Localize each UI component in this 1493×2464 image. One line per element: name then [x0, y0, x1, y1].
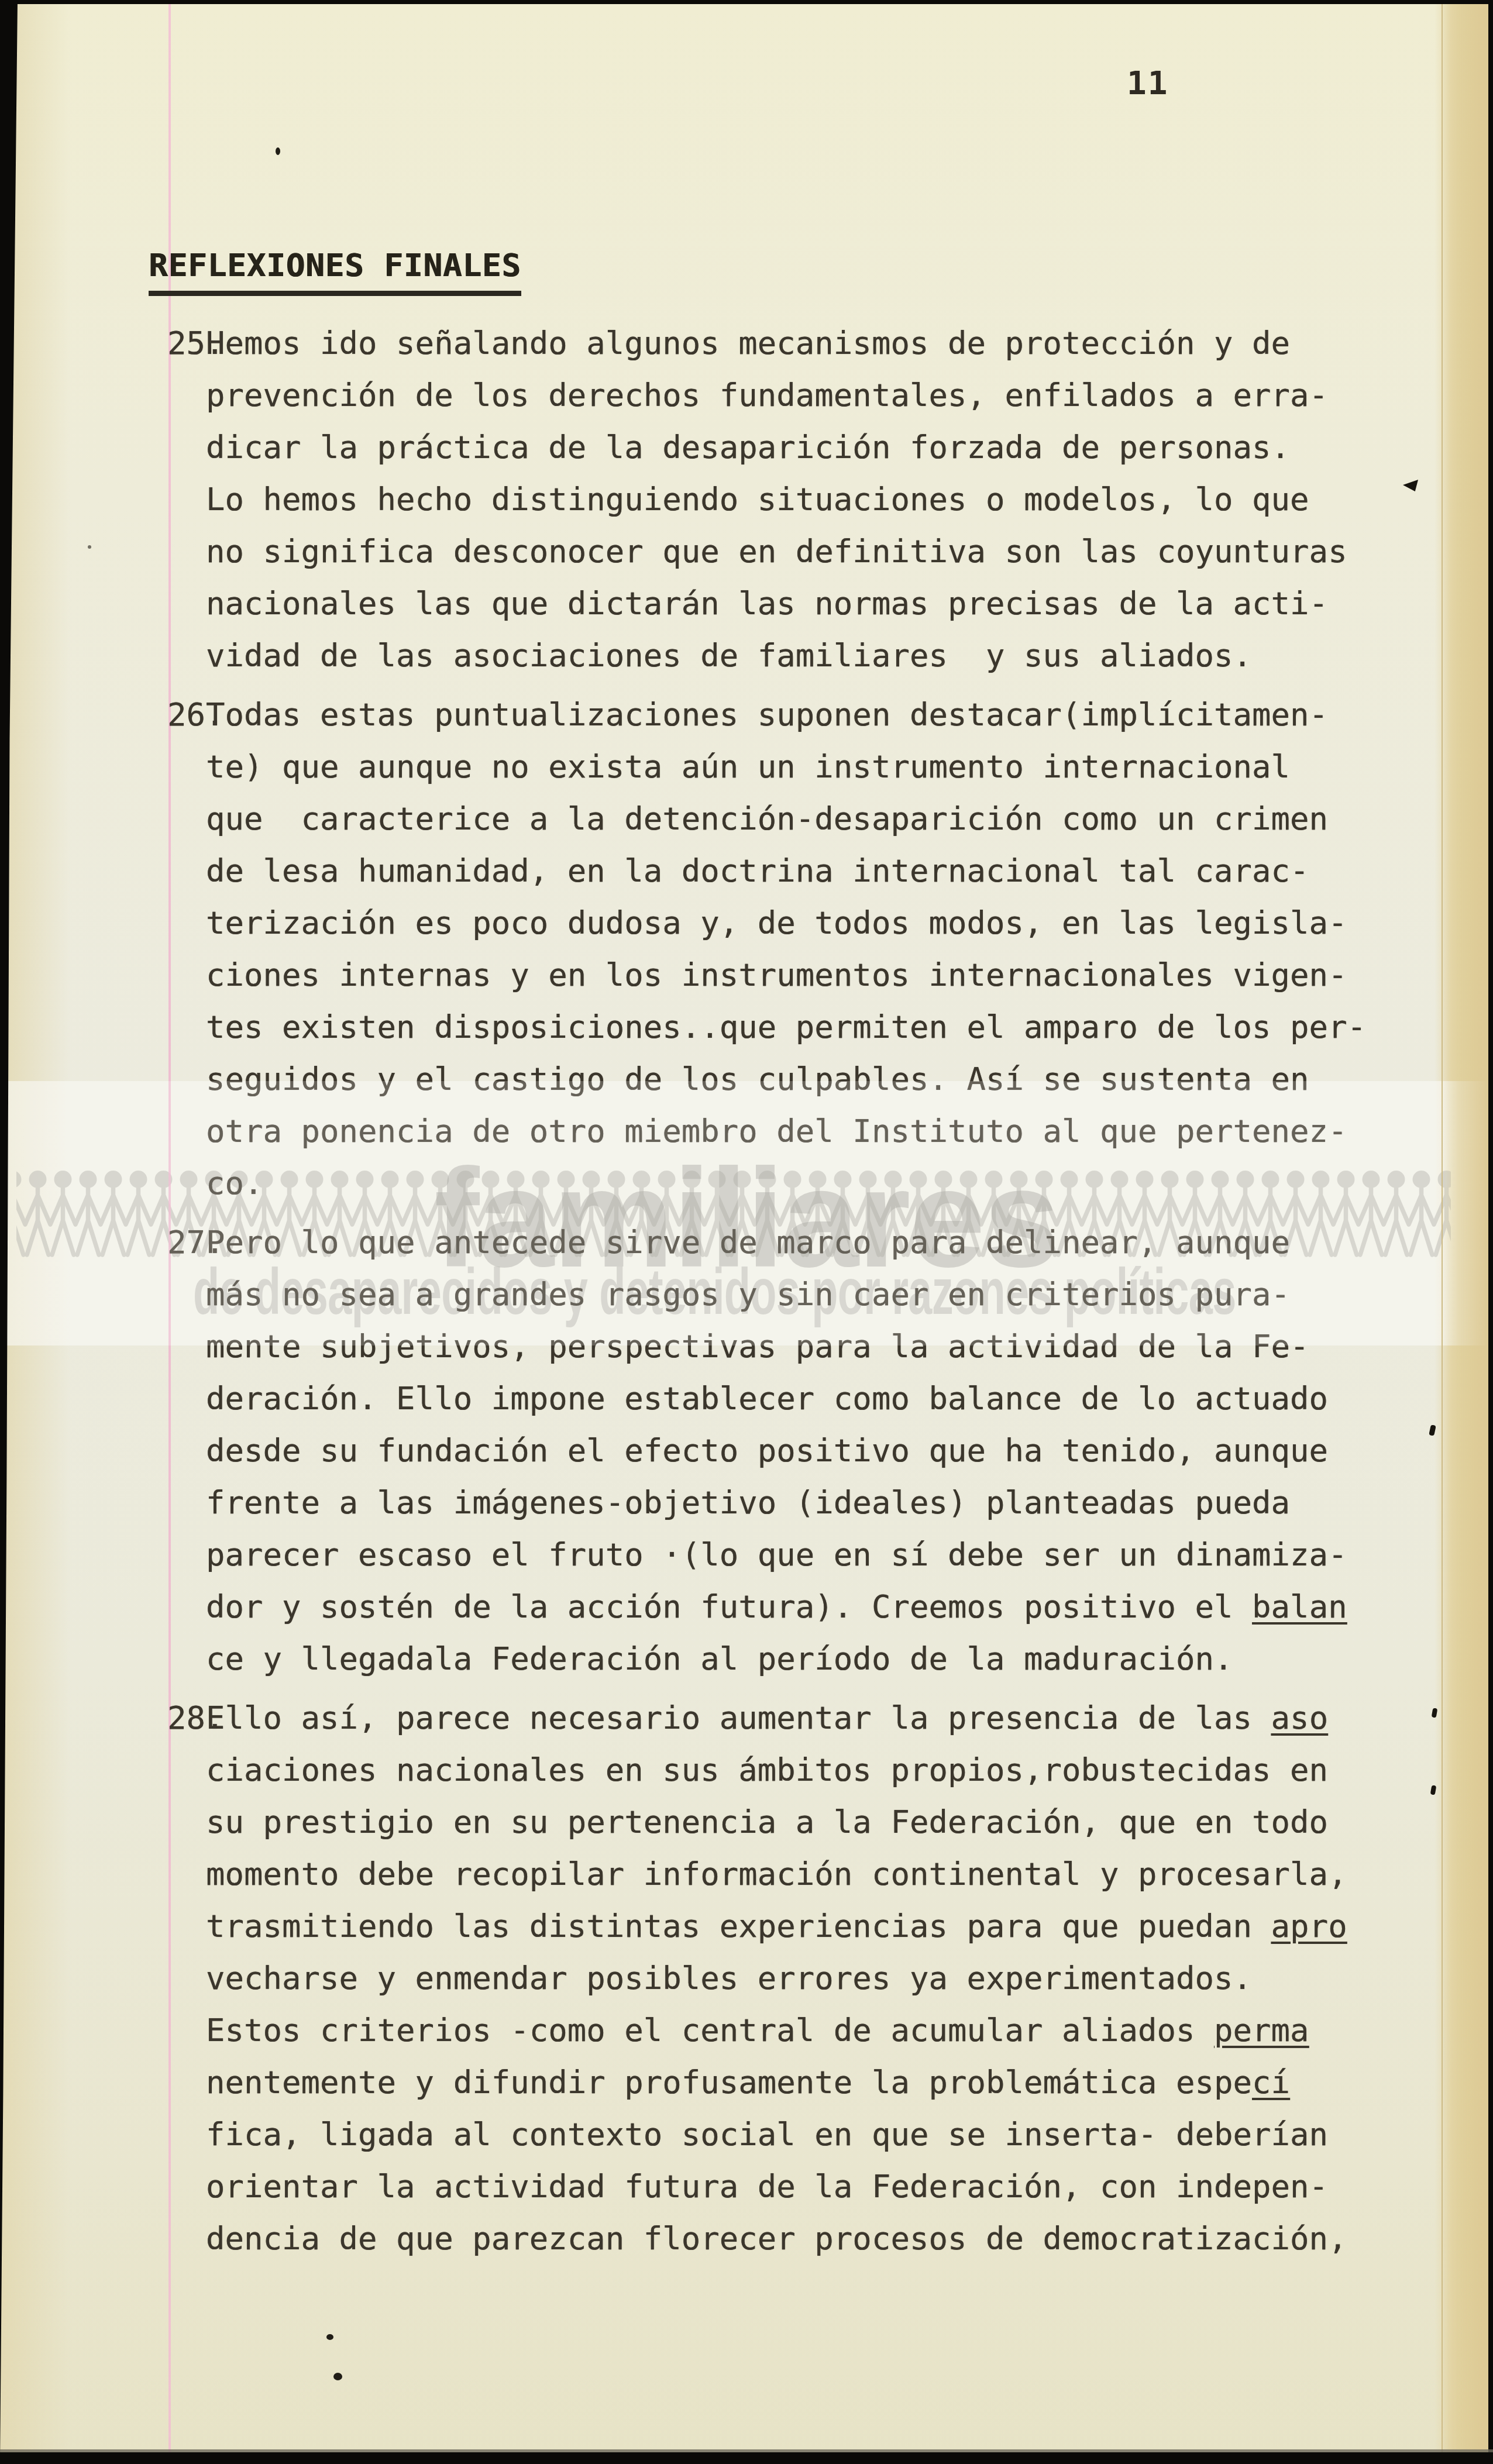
text-line: frente a las imágenes-objetivo (ideales)…	[206, 1485, 1290, 1521]
text-line: prevención de los derechos fundamentales…	[206, 377, 1328, 414]
text-line: seguidos y el castigo de los culpables. …	[206, 1061, 1309, 1097]
text-line: orientar la actividad futura de la Feder…	[206, 2169, 1328, 2205]
text-run: dicar la práctica de la desaparición for…	[206, 429, 1290, 466]
text-run: más no sea a grandes rasgos y sin caer e…	[206, 1276, 1290, 1313]
top-scan-edge	[0, 0, 1493, 4]
text-line: dicar la práctica de la desaparición for…	[206, 429, 1290, 466]
text-line: parecer escaso el fruto ·(lo que en sí d…	[206, 1537, 1347, 1573]
text-line: te) que aunque no exista aún un instrume…	[206, 749, 1290, 785]
text-run: orientar la actividad futura de la Feder…	[206, 2168, 1328, 2205]
text-line: momento debe recopilar información conti…	[206, 1856, 1347, 1892]
ink-mark	[1432, 1708, 1438, 1718]
text-run: Lo hemos hecho distinguiendo situaciones…	[206, 481, 1309, 518]
text-line: ciaciones nacionales en sus ámbitos prop…	[206, 1752, 1328, 1788]
underlined-text-run: balan	[1252, 1588, 1347, 1625]
text-line: 26.Todas estas puntualizaciones suponen …	[206, 697, 1328, 733]
text-line: nacionales las que dictarán las normas p…	[206, 586, 1328, 622]
text-line: de lesa humanidad, en la doctrina intern…	[206, 853, 1309, 889]
text-run: dencia de que parezcan florecer procesos…	[206, 2220, 1347, 2257]
ink-speck	[276, 147, 280, 155]
text-line: 27.Pero lo que antecede sirve de marco p…	[206, 1224, 1290, 1261]
text-line: nentemente y difundir profusamente la pr…	[206, 2064, 1290, 2101]
underlined-text-run: perma	[1214, 2012, 1309, 2049]
text-line: 28.Ello así, parece necesario aumentar l…	[206, 1700, 1328, 1736]
text-line: deración. Ello impone establecer como ba…	[206, 1381, 1328, 1417]
text-run: frente a las imágenes-objetivo (ideales)…	[206, 1484, 1290, 1521]
text-run: su prestigio en su pertenencia a la Fede…	[206, 1804, 1328, 1840]
paragraph-number: 27.	[167, 1224, 225, 1261]
text-run: parecer escaso el fruto ·(lo que en sí d…	[206, 1536, 1347, 1573]
text-line: dor y sostén de la acción futura). Creem…	[206, 1589, 1347, 1625]
text-run: Pero lo que antecede sirve de marco para…	[206, 1224, 1290, 1261]
right-page-edge	[1442, 0, 1488, 2464]
text-line: ce y llegadala Federación al período de …	[206, 1641, 1233, 1677]
ink-mark	[1403, 480, 1418, 491]
text-line: otra ponencia de otro miembro del Instit…	[206, 1113, 1347, 1150]
text-run: ce y llegadala Federación al período de …	[206, 1640, 1233, 1677]
page-title: REFLEXIONES FINALES	[149, 247, 521, 296]
text-run: ciones internas y en los instrumentos in…	[206, 956, 1347, 993]
text-run: vecharse y enmendar posibles errores ya …	[206, 1960, 1252, 1997]
text-run: dor y sostén de la acción futura). Creem…	[206, 1588, 1252, 1625]
text-run: prevención de los derechos fundamentales…	[206, 377, 1328, 414]
ink-speck	[88, 545, 91, 549]
text-run: que caracterice a la detención-desaparic…	[206, 800, 1328, 837]
text-run: nacionales las que dictarán las normas p…	[206, 585, 1328, 622]
text-run: deración. Ello impone establecer como ba…	[206, 1380, 1328, 1417]
ink-mark	[1430, 1785, 1437, 1795]
text-line: Lo hemos hecho distinguiendo situaciones…	[206, 481, 1309, 518]
underlined-text-run: apro	[1271, 1908, 1347, 1945]
text-run: otra ponencia de otro miembro del Instit…	[206, 1113, 1347, 1150]
text-run: Ello así, parece necesario aumentar la p…	[206, 1699, 1271, 1736]
text-run: co.	[206, 1165, 263, 1202]
text-line: vecharse y enmendar posibles errores ya …	[206, 1960, 1252, 1997]
ink-speck	[333, 2373, 342, 2380]
text-line: que caracterice a la detención-desaparic…	[206, 801, 1328, 837]
text-run: Estos criterios -como el central de acum…	[206, 2012, 1214, 2049]
ink-mark	[1429, 1424, 1436, 1436]
text-run: tes existen disposiciones..que permiten …	[206, 1009, 1366, 1045]
text-line: trasmitiendo las distintas experiencias …	[206, 1908, 1347, 1945]
page-number: 11	[1127, 64, 1168, 102]
paragraph-number: 28.	[167, 1700, 225, 1736]
text-line: vidad de las asociaciones de familiares …	[206, 638, 1252, 674]
text-line: Estos criterios -como el central de acum…	[206, 2012, 1309, 2049]
right-scan-edge	[1488, 0, 1493, 2464]
underlined-text-run: cí	[1252, 2064, 1290, 2101]
text-line: no significa desconocer que en definitiv…	[206, 534, 1347, 570]
text-run: mente subjetivos, perspectivas para la a…	[206, 1328, 1309, 1365]
text-run: desde su fundación el efecto positivo qu…	[206, 1432, 1328, 1469]
text-line: más no sea a grandes rasgos y sin caer e…	[206, 1276, 1290, 1313]
text-run: de lesa humanidad, en la doctrina intern…	[206, 852, 1309, 889]
text-line: mente subjetivos, perspectivas para la a…	[206, 1329, 1309, 1365]
text-line: ciones internas y en los instrumentos in…	[206, 957, 1347, 993]
text-run: no significa desconocer que en definitiv…	[206, 533, 1347, 570]
text-line: dencia de que parezcan florecer procesos…	[206, 2221, 1347, 2257]
typewritten-text-layer: 11 REFLEXIONES FINALES 25.Hemos ido seña…	[0, 0, 1493, 2464]
text-run: nentemente y difundir profusamente la pr…	[206, 2064, 1252, 2101]
text-run: seguidos y el castigo de los culpables. …	[206, 1061, 1309, 1097]
text-line: fica, ligada al contexto social en que s…	[206, 2117, 1328, 2153]
bottom-scan-edge	[0, 2452, 1493, 2464]
text-run: ciaciones nacionales en sus ámbitos prop…	[206, 1751, 1328, 1788]
text-line: co.	[206, 1165, 263, 1202]
text-run: Hemos ido señalando algunos mecanismos d…	[206, 325, 1290, 362]
underlined-text-run: aso	[1271, 1699, 1329, 1736]
text-line: tes existen disposiciones..que permiten …	[206, 1009, 1366, 1045]
text-line: desde su fundación el efecto positivo qu…	[206, 1433, 1328, 1469]
text-line: terización es poco dudosa y, de todos mo…	[206, 905, 1347, 941]
text-line: su prestigio en su pertenencia a la Fede…	[206, 1804, 1328, 1840]
text-run: Todas estas puntualizaciones suponen des…	[206, 696, 1328, 733]
text-run: momento debe recopilar información conti…	[206, 1856, 1347, 1892]
text-line: 25.Hemos ido señalando algunos mecanismo…	[206, 325, 1290, 362]
text-run: fica, ligada al contexto social en que s…	[206, 2116, 1328, 2153]
text-run: vidad de las asociaciones de familiares …	[206, 637, 1252, 674]
paragraph-number: 25.	[167, 325, 225, 362]
paragraph-number: 26.	[167, 697, 225, 733]
ink-speck	[326, 2334, 333, 2340]
text-run: te) que aunque no exista aún un instrume…	[206, 748, 1290, 785]
text-run: trasmitiendo las distintas experiencias …	[206, 1908, 1271, 1945]
text-run: terización es poco dudosa y, de todos mo…	[206, 904, 1347, 941]
